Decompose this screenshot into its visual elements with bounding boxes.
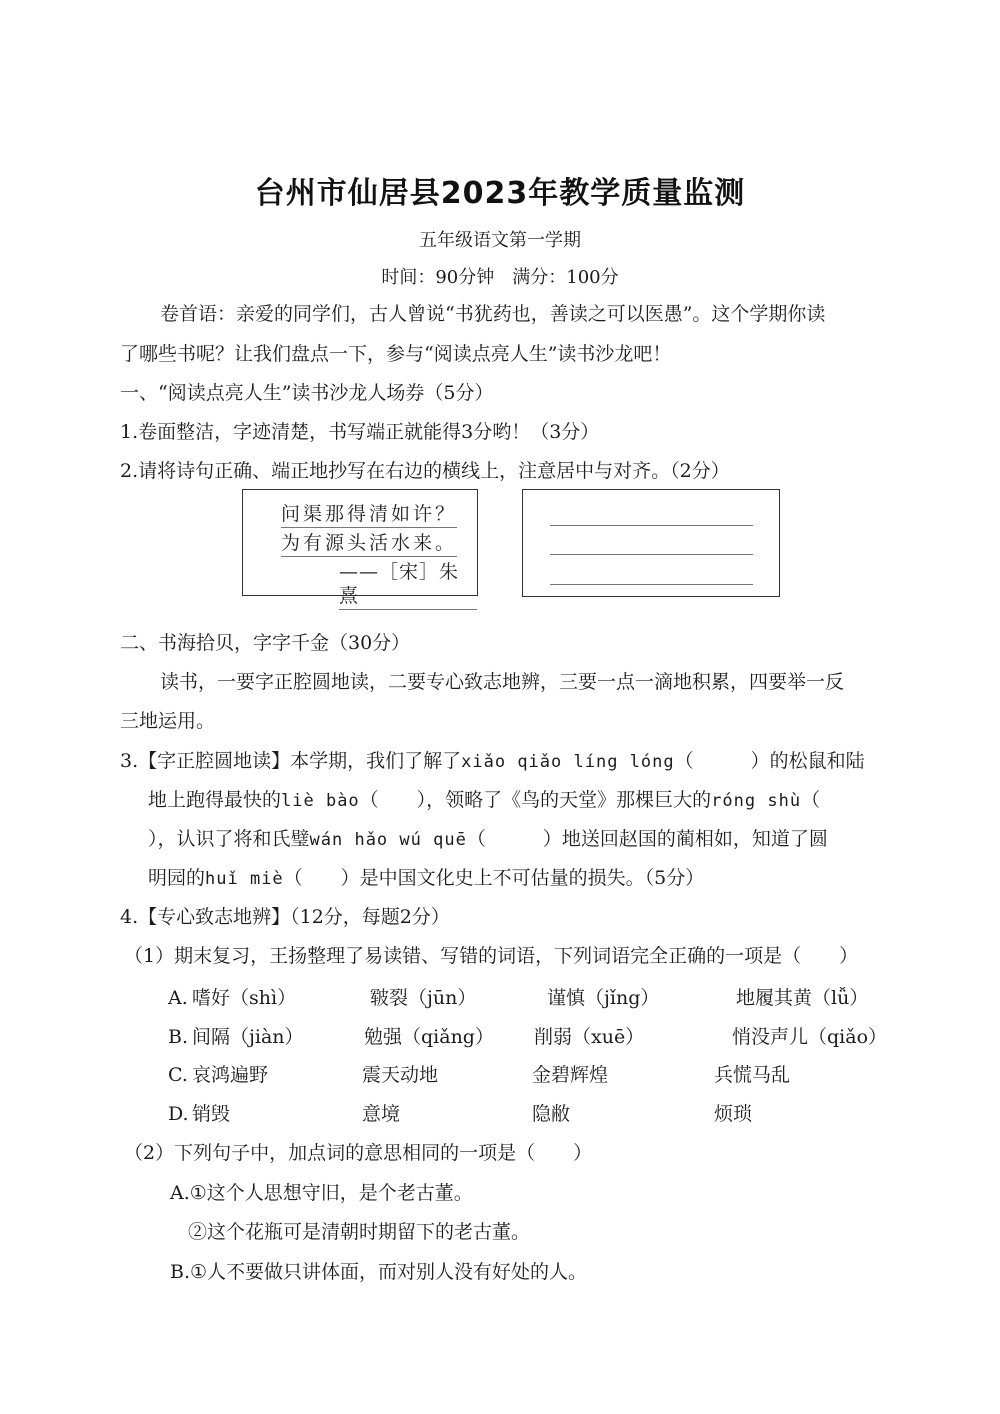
option-D-item-3: 隐敝 [532, 1102, 570, 1126]
option-D-label[interactable]: D. [168, 1102, 189, 1126]
section2-heading: 二、书海拾贝，字字千金（30分） [120, 631, 410, 655]
poem-author: ——［宋］朱熹 [339, 560, 477, 610]
option-C-item-4: 兵慌马乱 [714, 1063, 790, 1087]
option-A-item-1: 嗜好（shì） [192, 986, 296, 1010]
option-A-item-4: 地履其黄（lǚ） [736, 986, 868, 1010]
pinyin-prompt: wán hǎo wú quē [310, 830, 467, 850]
option-C-item-3: 金碧辉煌 [532, 1063, 608, 1087]
question-3-line-1: 3.【字正腔圆地读】本学期，我们了解了xiǎo qiǎo líng lóng（ … [120, 749, 865, 774]
section2-intro-line-2: 三地运用。 [120, 709, 215, 733]
answer-line-2[interactable] [550, 554, 753, 555]
q3-text: 明园的 [148, 867, 205, 889]
exam-time-info: 时间：90分钟 满分：100分 [0, 263, 1000, 289]
question-4-2-option-A2: ②这个花瓶可是清朝时期留下的老古董。 [188, 1220, 530, 1244]
answer-blank[interactable]: （ ）地送回赵国的蔺相如，知道了圆 [467, 828, 828, 850]
q3-text: 地上跑得最快的 [148, 789, 281, 811]
page-subtitle: 五年级语文第一学期 [0, 226, 1000, 252]
question-3-line-4: 明园的huǐ miè（ ）是中国文化史上不可估量的损失。（5分） [148, 866, 704, 891]
page-title: 台州市仙居县2023年教学质量监测 [0, 168, 1000, 212]
answer-line-1[interactable] [550, 525, 753, 526]
pinyin-prompt: xiǎo qiǎo líng lóng [461, 752, 674, 772]
answer-blank[interactable]: （ ），领略了《鸟的天堂》那棵巨大的 [360, 789, 712, 811]
poem-line-2: 为有源头活水来。 [281, 531, 457, 557]
poem-answer-box [522, 489, 780, 597]
pinyin-prompt: huǐ miè [205, 869, 284, 889]
answer-blank[interactable]: （ [801, 789, 820, 811]
question-3-line-3: ），认识了将和氏璧wán hǎo wú quē（ ）地送回赵国的蔺相如，知道了圆 [148, 827, 828, 852]
question-4-1-stem[interactable]: （1）期末复习，王扬整理了易读错、写错的词语，下列词语完全正确的一项是（ ） [124, 944, 858, 968]
poem-box: 问渠那得清如许？ 为有源头活水来。 ——［宋］朱熹 [242, 489, 478, 596]
option-B-item-2: 勉强（qiǎng） [364, 1025, 494, 1049]
option-B-item-1: 间隔（jiàn） [192, 1025, 304, 1049]
intro-line-2: 了哪些书呢？让我们盘点一下，参与“阅读点亮人生”读书沙龙吧！ [120, 342, 671, 366]
pinyin-prompt: róng shù [711, 791, 801, 811]
section1-heading: 一、“阅读点亮人生”读书沙龙人场券（5分） [120, 381, 494, 405]
answer-blank[interactable]: ），认识了将和氏璧 [148, 828, 310, 850]
question-2: 2.请将诗句正确、端正地抄写在右边的横线上，注意居中与对齐。（2分） [120, 459, 730, 483]
pinyin-prompt: liè bào [281, 791, 360, 811]
option-D-item-4: 烦琐 [714, 1102, 752, 1126]
question-3-line-2: 地上跑得最快的liè bào（ ），领略了《鸟的天堂》那棵巨大的róng shù… [148, 788, 820, 813]
answer-line-3[interactable] [550, 584, 753, 585]
question-1: 1.卷面整洁，字迹清楚，书写端正就能得3分哟！（3分） [120, 420, 599, 444]
option-D-item-2: 意境 [362, 1102, 400, 1126]
question-4-heading: 4.【专心致志地辨】（12分，每题2分） [120, 905, 450, 929]
intro-line-1: 卷首语：亲爱的同学们，古人曾说“书犹药也，善读之可以医愚”。这个学期你读 [160, 302, 825, 326]
poem-line-1: 问渠那得清如许？ [281, 502, 457, 528]
question-4-2-option-A1[interactable]: A.①这个人思想守旧，是个老古董。 [170, 1181, 473, 1205]
question-4-2-stem[interactable]: （2）下列句子中，加点词的意思相同的一项是（ ） [124, 1141, 592, 1165]
option-C-item-1: 哀鸿遍野 [192, 1063, 268, 1087]
option-B-item-3: 削弱（xuē） [534, 1025, 644, 1049]
option-A-item-2: 皲裂（jūn） [370, 986, 476, 1010]
answer-blank[interactable]: （ ）的松鼠和陆 [675, 750, 865, 772]
option-B-label[interactable]: B. [168, 1025, 188, 1049]
option-B-item-4: 悄没声儿（qiǎo） [732, 1025, 887, 1049]
answer-blank[interactable]: （ ）是中国文化史上不可估量的损失。（5分） [284, 867, 705, 889]
question-4-2-option-B1[interactable]: B.①人不要做只讲体面，而对别人没有好处的人。 [170, 1260, 587, 1284]
q3-text: 3.【字正腔圆地读】本学期，我们了解了 [120, 750, 461, 772]
option-D-item-1: 销毁 [192, 1102, 230, 1126]
option-A-label[interactable]: A. [168, 986, 188, 1010]
option-C-label[interactable]: C. [168, 1063, 188, 1087]
option-A-item-3: 谨慎（jǐng） [547, 986, 659, 1010]
section2-intro-line-1: 读书，一要字正腔圆地读，二要专心致志地辨，三要一点一滴地积累，四要举一反 [160, 670, 844, 694]
option-C-item-2: 震天动地 [362, 1063, 438, 1087]
